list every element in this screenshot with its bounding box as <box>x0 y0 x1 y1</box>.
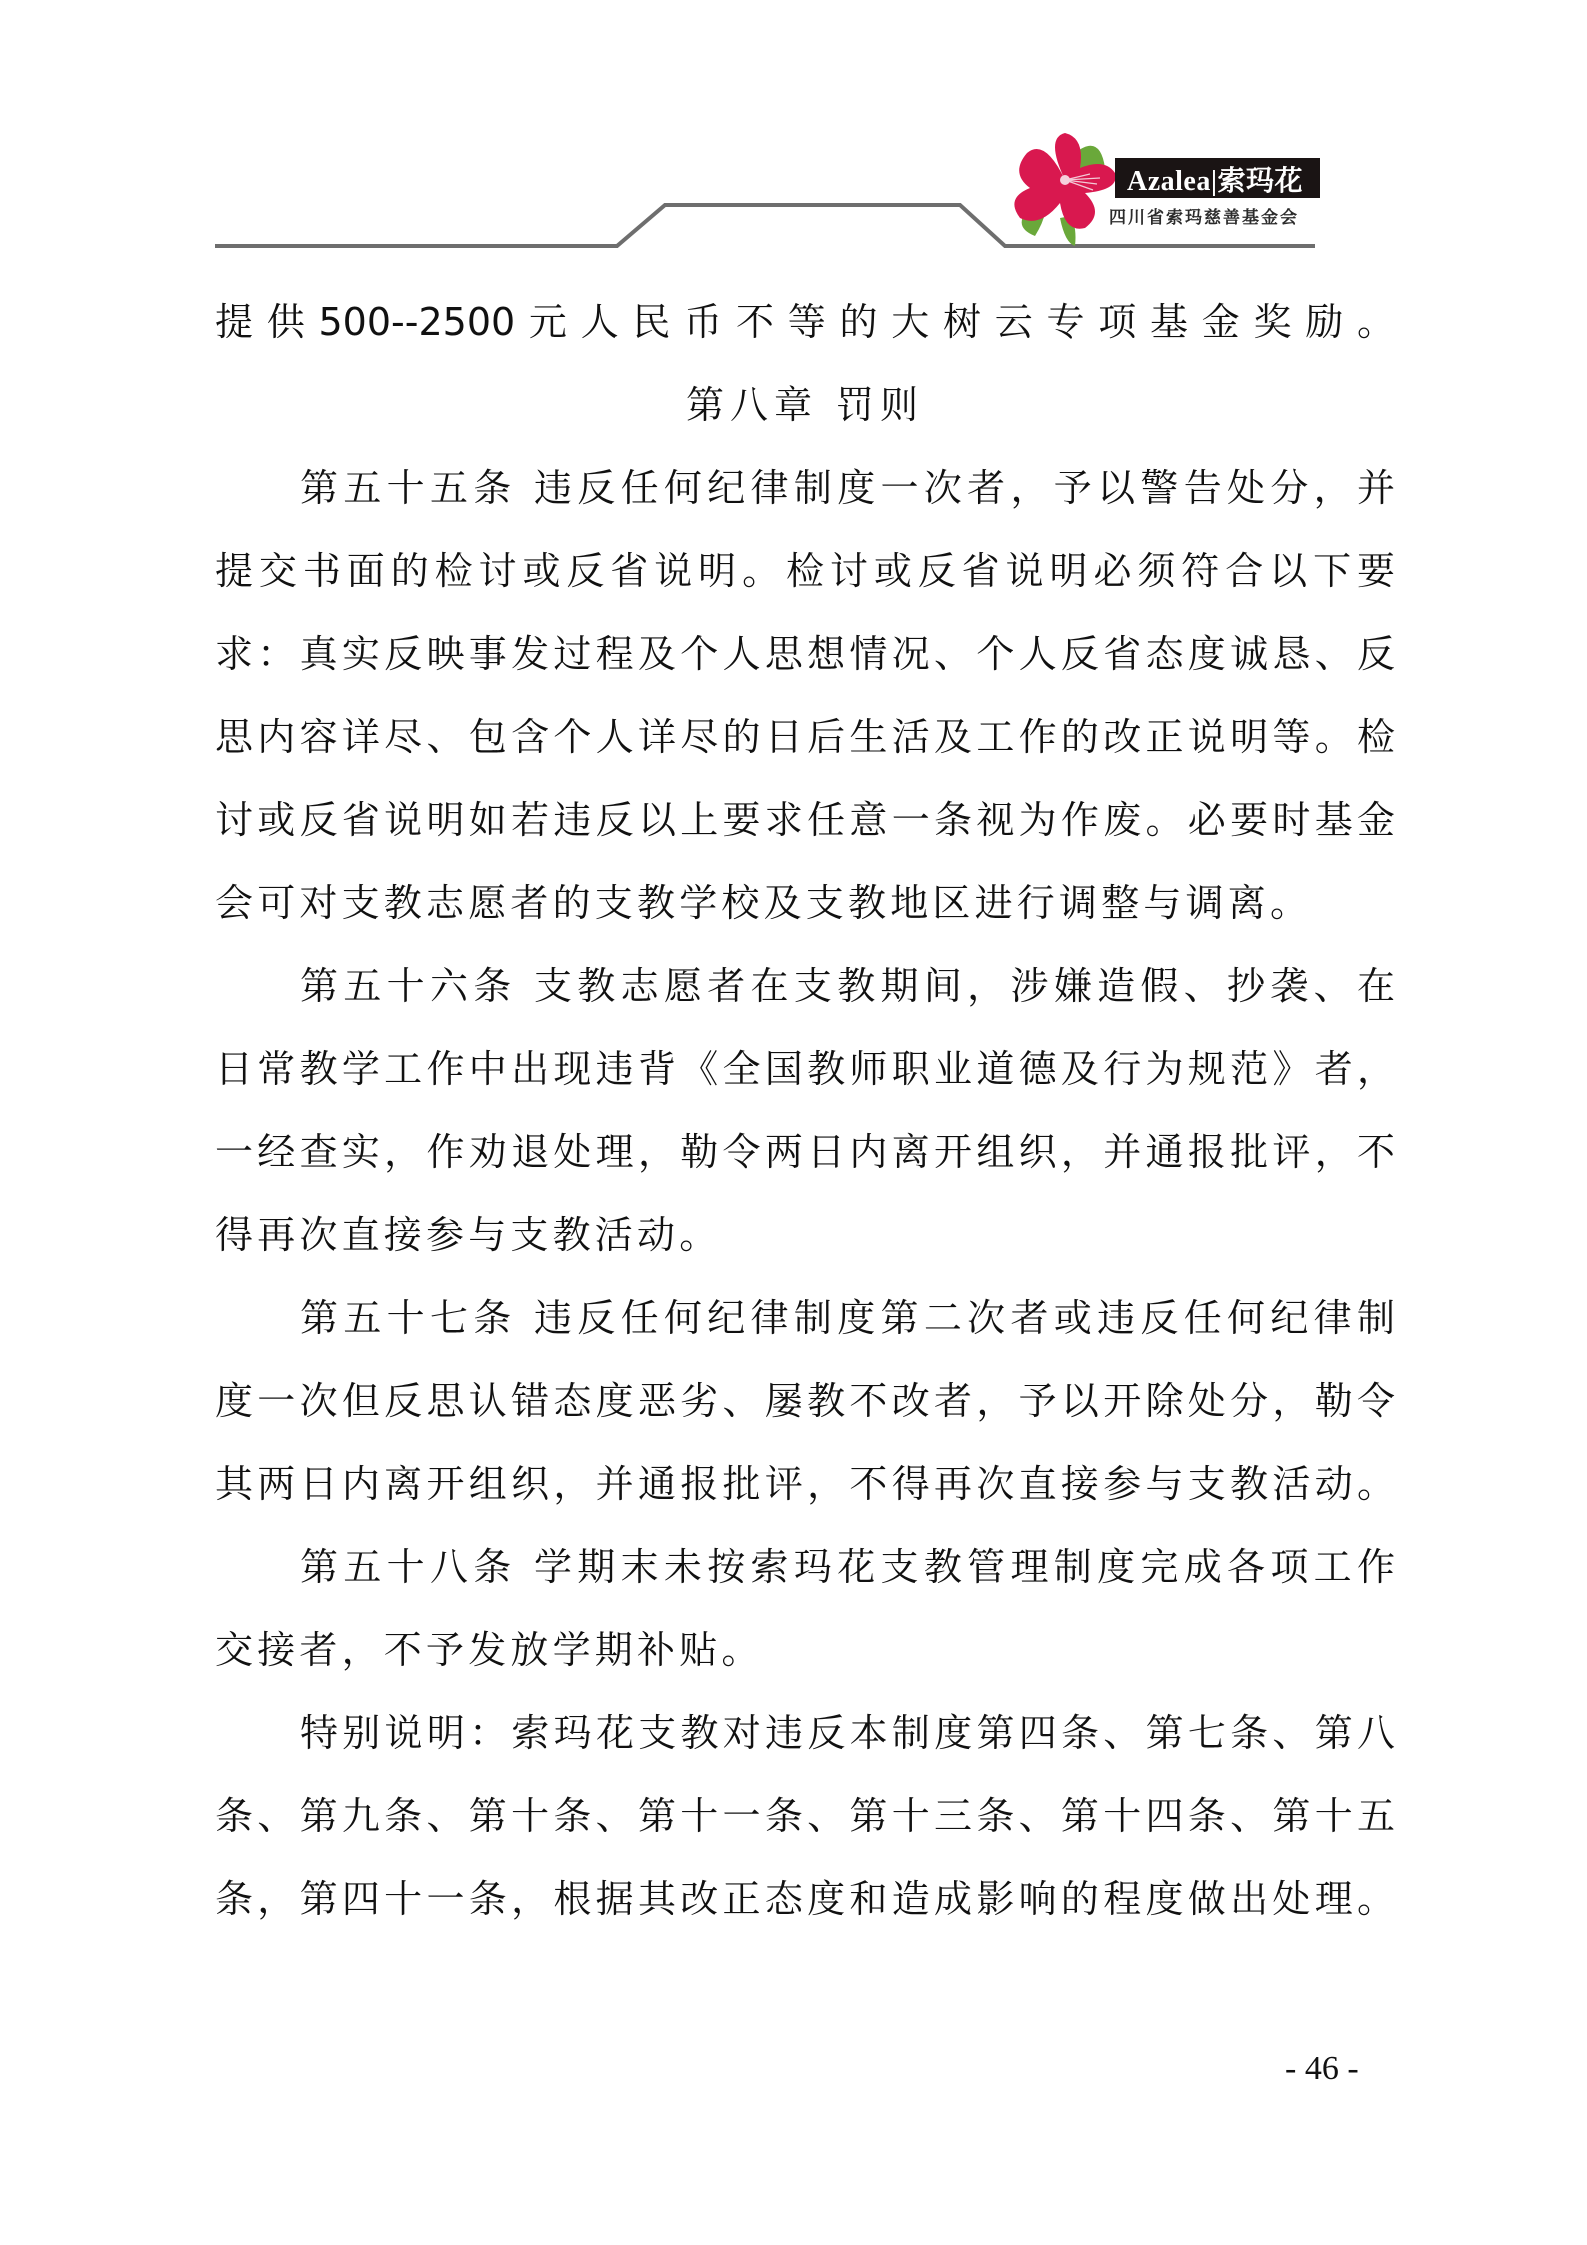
special-note-line: 条，第四十一条，根据其改正态度和造成影响的程度做出处理。 <box>215 1874 1395 1924</box>
continuation-paragraph: 提供500--2500元人民币不等的大树云专项基金奖励。 <box>215 297 1395 347</box>
article-55-line: 思内容详尽、包含个人详尽的日后生活及工作的改正说明等。检 <box>215 712 1395 762</box>
foundation-logo: Azalea|索玛花 四川省索玛慈善基金会 <box>1005 118 1325 248</box>
logo-title: Azalea|索玛花 <box>1127 159 1303 199</box>
article-55-line: 第五十五条 违反任何纪律制度一次者，予以警告处分，并 <box>300 463 1395 513</box>
article-56-line: 得再次直接参与支教活动。 <box>215 1210 721 1260</box>
azalea-flower-icon <box>1005 118 1125 248</box>
article-55-line: 提交书面的检讨或反省说明。检讨或反省说明必须符合以下要 <box>215 546 1395 596</box>
special-note-line: 特别说明：索玛花支教对违反本制度第四条、第七条、第八 <box>300 1708 1395 1758</box>
document-page: Azalea|索玛花 四川省索玛慈善基金会 提供500--2500元人民币不等的… <box>0 0 1587 2245</box>
article-57-line: 度一次但反思认错态度恶劣、屡教不改者，予以开除处分，勒令 <box>215 1376 1395 1426</box>
article-56-line: 一经查实，作劝退处理，勒令两日内离开组织，并通报批评，不 <box>215 1127 1395 1177</box>
article-55-line: 求：真实反映事发过程及个人思想情况、个人反省态度诚恳、反 <box>215 629 1395 679</box>
article-56-line: 第五十六条 支教志愿者在支教期间，涉嫌造假、抄袭、在 <box>300 961 1395 1011</box>
special-note-line: 条、第九条、第十条、第十一条、第十三条、第十四条、第十五 <box>215 1791 1395 1841</box>
chapter-title: 第八章 罚则 <box>215 380 1395 430</box>
header-rule <box>0 0 1587 300</box>
page-number: - 46 - <box>1285 2050 1359 2088</box>
article-57-line: 第五十七条 违反任何纪律制度第二次者或违反任何纪律制 <box>300 1293 1395 1343</box>
article-55-line: 会可对支教志愿者的支教学校及支教地区进行调整与调离。 <box>215 878 1312 928</box>
article-56-line: 日常教学工作中出现违背《全国教师职业道德及行为规范》者， <box>215 1044 1395 1094</box>
article-55-line: 讨或反省说明如若违反以上要求任意一条视为作废。必要时基金 <box>215 795 1395 845</box>
article-58-line: 第五十八条 学期末未按索玛花支教管理制度完成各项工作 <box>300 1542 1395 1592</box>
article-58-line: 交接者，不予发放学期补贴。 <box>215 1625 764 1675</box>
logo-subtitle: 四川省索玛慈善基金会 <box>1109 203 1299 228</box>
article-57-line: 其两日内离开组织，并通报批评，不得再次直接参与支教活动。 <box>215 1459 1395 1509</box>
